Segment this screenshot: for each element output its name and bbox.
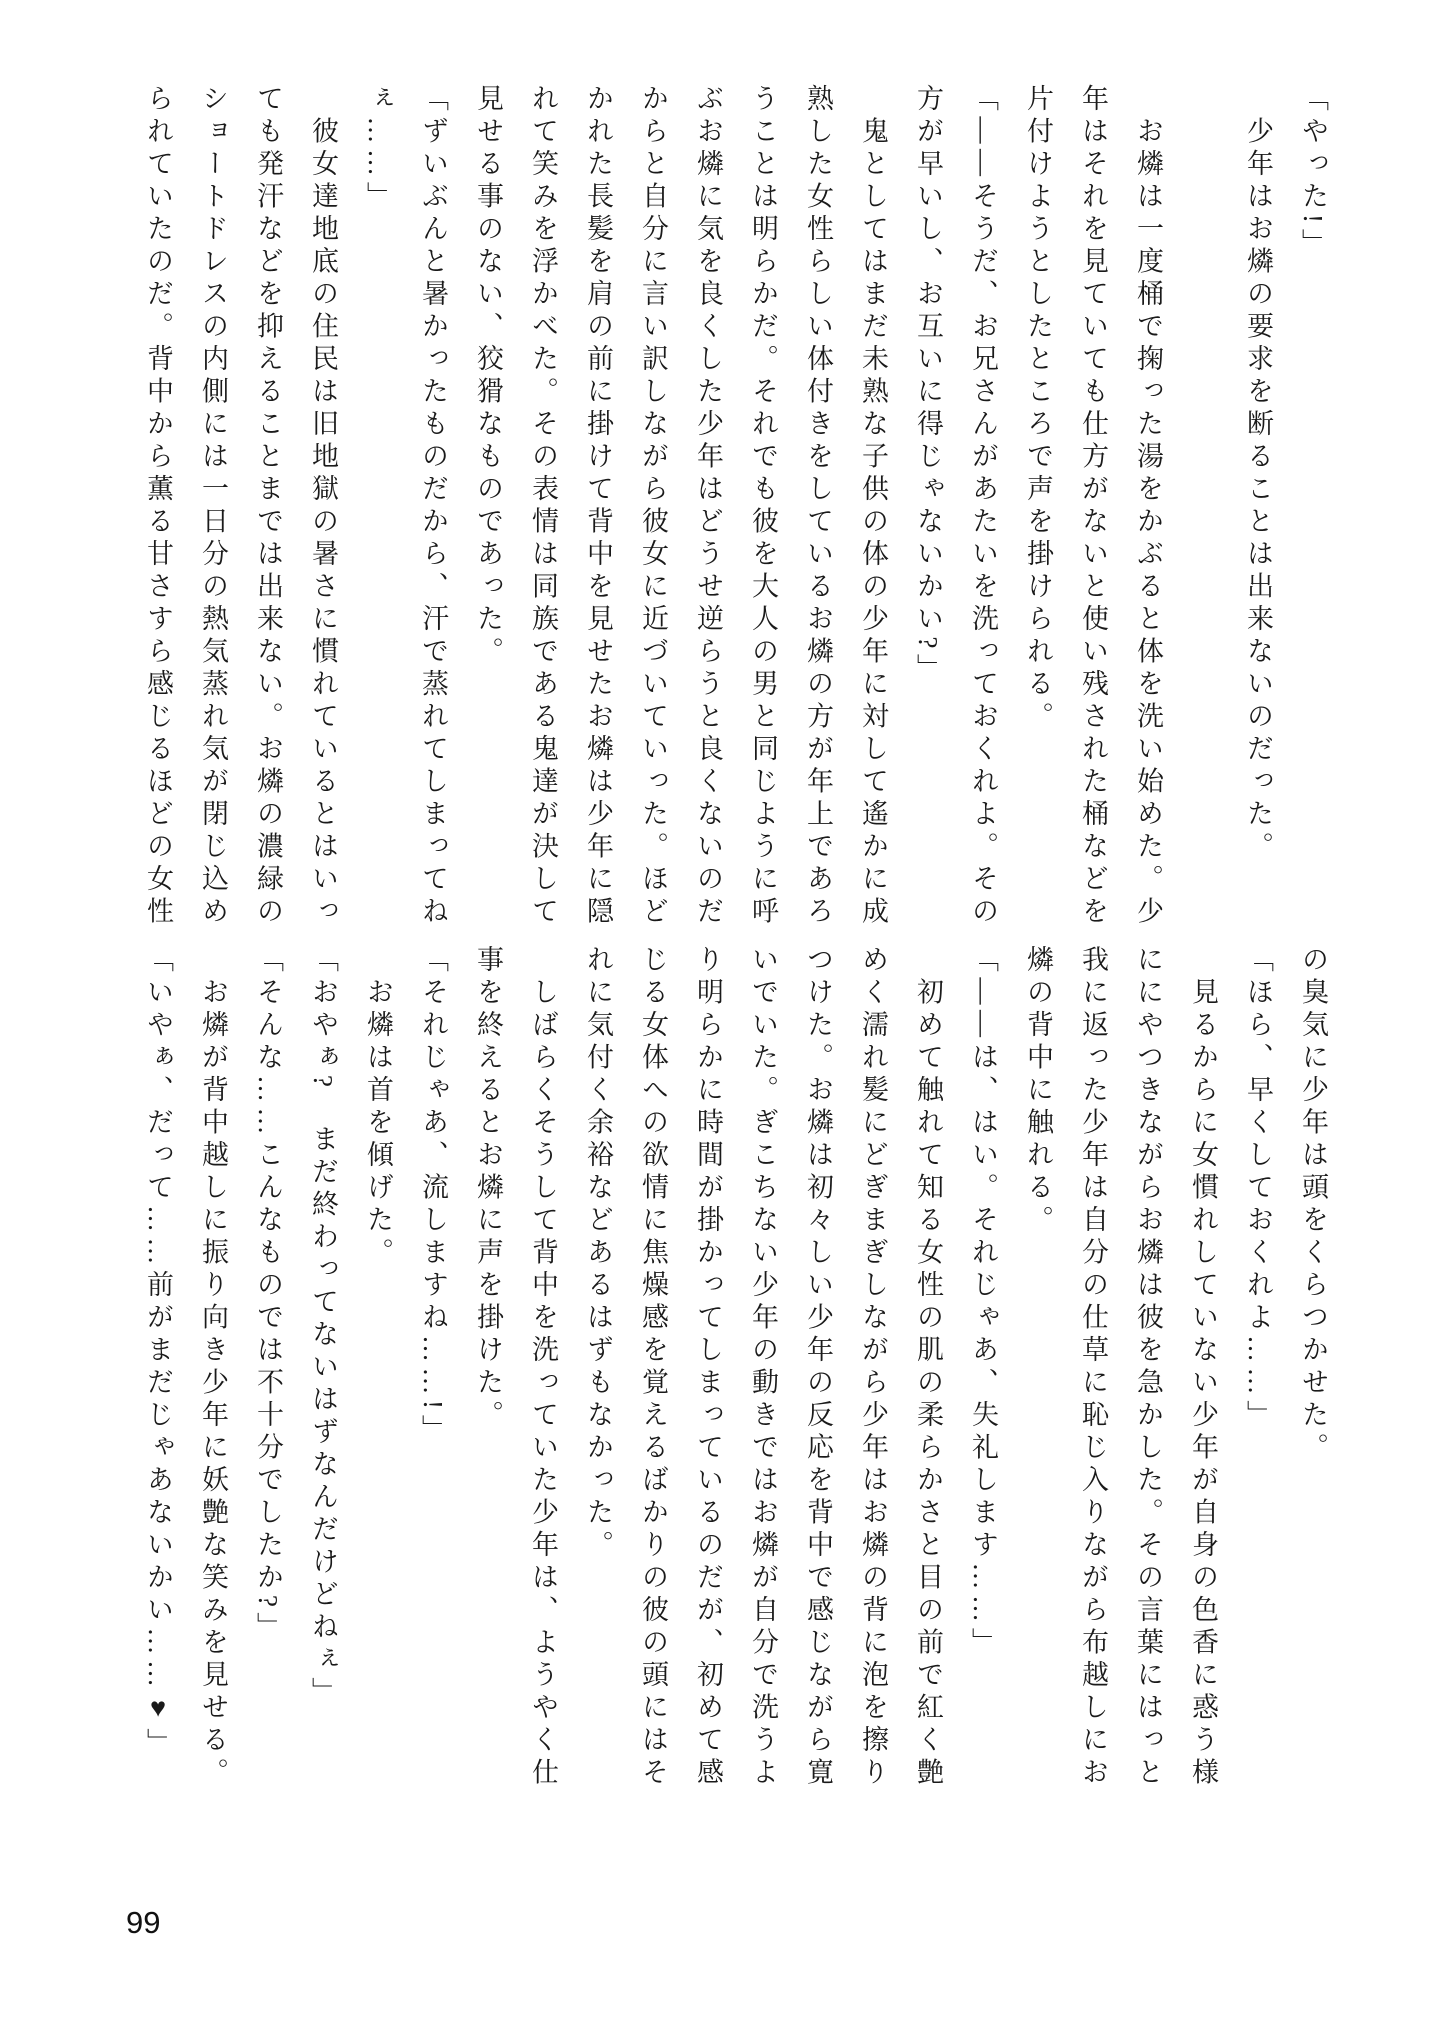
text-line: しばらくそうして背中を洗っていた少年は、ようやく仕 <box>515 945 570 1827</box>
text-block-bottom: の臭気に少年は頭をくらつかせた。「ほら、早くしておくれよ……」 見るからに女慣れ… <box>130 945 1340 1827</box>
text-line: いでいた。ぎこちない少年の動きではお燐が自分で洗うよ <box>735 945 790 1827</box>
text-line: 「それじゃあ、流しますね……!」 <box>405 945 460 1827</box>
text-line: れて笑みを浮かべた。その表情は同族である鬼達が決して <box>515 84 570 936</box>
text-line: お燐が背中越しに振り向き少年に妖艶な笑みを見せる。 <box>185 945 240 1827</box>
text-block-top: 「やった!」 少年はお燐の要求を断ることは出来ないのだった。 お燐は一度桶で掬っ… <box>130 84 1340 936</box>
text-line: の臭気に少年は頭をくらつかせた。 <box>1285 945 1340 1827</box>
text-line: 「おやぁ? まだ終わってないはずなんだけどねぇ」 <box>295 945 350 1827</box>
text-line: ぶお燐に気を良くした少年はどうせ逆らうと良くないのだ <box>680 84 735 936</box>
text-line: 方が早いし、お互いに得じゃないかい?」 <box>900 84 955 936</box>
text-line: 「――は、はい。それじゃあ、失礼します……」 <box>955 945 1010 1827</box>
text-line: ショートドレスの内側には一日分の熱気蒸れ気が閉じ込め <box>185 84 240 936</box>
text-line: られていたのだ。背中から薫る甘さすら感じるほどの女性 <box>130 84 185 936</box>
text-line: 見せる事のない、狡猾なものであった。 <box>460 84 515 936</box>
text-line: 我に返った少年は自分の仕草に恥じ入りながら布越しにお <box>1065 945 1120 1827</box>
text-line: 片付けようとしたところで声を掛けられる。 <box>1010 84 1065 936</box>
text-line: 初めて触れて知る女性の肌の柔らかさと目の前で紅く艶 <box>900 945 955 1827</box>
text-line: ににやつきながらお燐は彼を急かした。その言葉にはっと <box>1120 945 1175 1827</box>
text-line: 「――そうだ、お兄さんがあたいを洗っておくれよ。その <box>955 84 1010 936</box>
text-line: つけた。お燐は初々しい少年の反応を背中で感じながら寛 <box>790 945 845 1827</box>
text-line: 「やった!」 <box>1285 84 1340 936</box>
text-line: 燐の背中に触れる。 <box>1010 945 1065 1827</box>
text-line: 「ほら、早くしておくれよ……」 <box>1230 945 1285 1827</box>
text-line: 「いやぁ、だって……前がまだじゃあないかい……♥」 <box>130 945 185 1827</box>
text-line: うことは明らかだ。それでも彼を大人の男と同じように呼 <box>735 84 790 936</box>
text-line: じる女体への欲情に焦燥感を覚えるばかりの彼の頭にはそ <box>625 945 680 1827</box>
text-line: かれた長髪を肩の前に掛けて背中を見せたお燐は少年に隠 <box>570 84 625 936</box>
text-line: 鬼としてはまだ未熟な子供の体の少年に対して遙かに成 <box>845 84 900 936</box>
text-line: り明らかに時間が掛かってしまっているのだが、初めて感 <box>680 945 735 1827</box>
text-line: 年はそれを見ていても仕方がないと使い残された桶などを <box>1065 84 1120 936</box>
text-line: からと自分に言い訳しながら彼女に近づいていった。ほど <box>625 84 680 936</box>
text-line: ぇ……」 <box>350 84 405 936</box>
text-line: 見るからに女慣れしていない少年が自身の色香に惑う様 <box>1175 945 1230 1827</box>
text-line: 「そんな……こんなものでは不十分でしたか?」 <box>240 945 295 1827</box>
page-number: 99 <box>126 1905 160 1941</box>
text-line: お燐は首を傾げた。 <box>350 945 405 1827</box>
text-line: お燐は一度桶で掬った湯をかぶると体を洗い始めた。少 <box>1120 84 1175 936</box>
text-line: めく濡れ髪にどぎまぎしながら少年はお燐の背に泡を擦り <box>845 945 900 1827</box>
text-line: 「ずいぶんと暑かったものだから、汗で蒸れてしまってね <box>405 84 460 936</box>
text-line: 事を終えるとお燐に声を掛けた。 <box>460 945 515 1827</box>
text-line: ても発汗などを抑えることまでは出来ない。お燐の濃緑の <box>240 84 295 936</box>
text-line: れに気付く余裕などあるはずもなかった。 <box>570 945 625 1827</box>
text-line <box>1175 84 1230 936</box>
text-line: 熟した女性らしい体付きをしているお燐の方が年上であろ <box>790 84 845 936</box>
text-line: 彼女達地底の住民は旧地獄の暑さに慣れているとはいっ <box>295 84 350 936</box>
text-line: 少年はお燐の要求を断ることは出来ないのだった。 <box>1230 84 1285 936</box>
